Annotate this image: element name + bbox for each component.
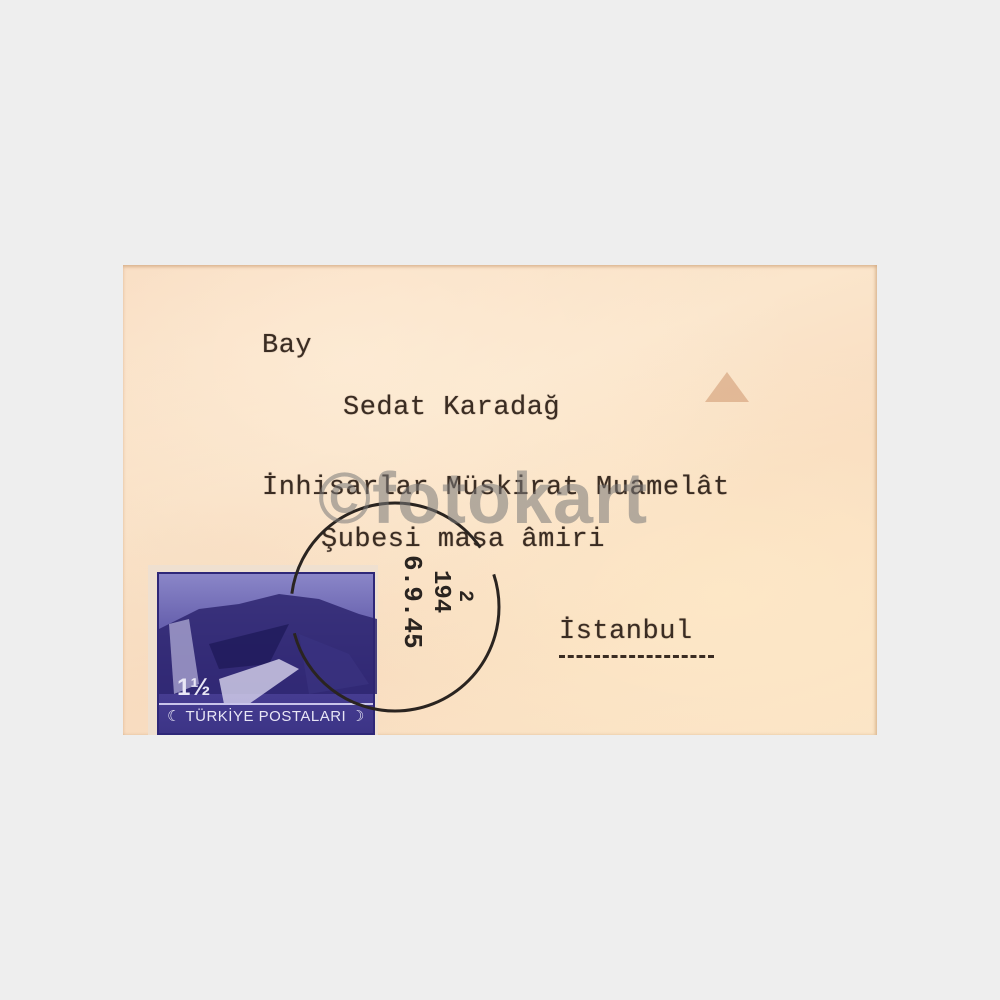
- stamp-value: 1½: [177, 674, 210, 702]
- city-underline: [559, 655, 714, 658]
- stamp-banner-text: TÜRKİYE POSTALARI: [185, 708, 346, 725]
- salutation: Bay: [262, 331, 312, 361]
- stamp-image: 1½ ☾ TÜRKİYE POSTALARI ☽: [157, 572, 375, 735]
- organization-line-1: İnhisarlar Müskirat Muamelât: [262, 473, 730, 503]
- organization-line-2: Şubesi masa âmiri: [321, 525, 605, 555]
- crescent-star-icon: ☾: [167, 708, 185, 725]
- paper-tear-mark: [705, 372, 749, 402]
- crescent-star-icon: ☽: [346, 708, 365, 725]
- recipient-name: Sedat Karadağ: [343, 393, 560, 423]
- stamp-banner: ☾ TÜRKİYE POSTALARI ☽: [159, 703, 373, 729]
- city: İstanbul: [559, 617, 693, 647]
- postage-stamp: 1½ ☾ TÜRKİYE POSTALARI ☽: [148, 565, 378, 735]
